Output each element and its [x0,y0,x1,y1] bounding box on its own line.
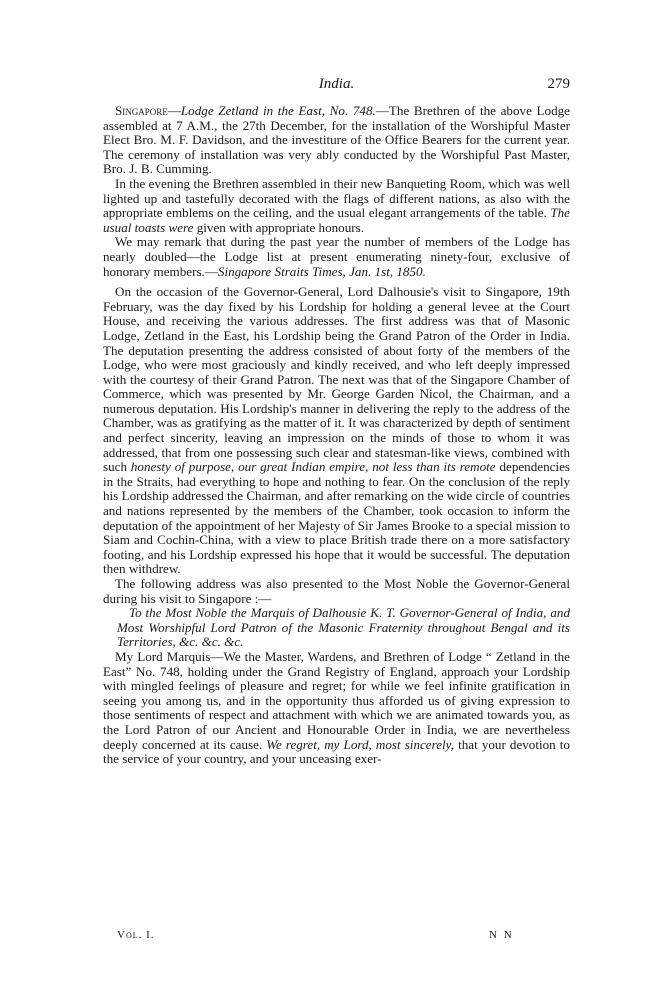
gathering-signature: N N [489,929,514,941]
paragraph-text-tail: given with appropriate honours. [193,220,364,235]
paragraph-membership: We may remark that during the past year … [103,235,570,279]
page-footer: Vol. I. N N [103,929,570,943]
paragraph-text: The following address was also presented… [103,576,570,606]
paragraph-following-address: The following address was also presented… [103,577,570,606]
dash: — [168,103,181,118]
document-page: India. 279 Singapore—Lodge Zetland in th… [0,0,670,1003]
address-heading: To the Most Noble the Marquis of Dalhous… [103,606,570,650]
paragraph-singapore-lodge: Singapore—Lodge Zetland in the East, No.… [103,104,570,177]
running-head-title: India. [103,76,570,93]
italic-phrase: We regret, my Lord, most sincerely, [262,737,454,752]
paragraph-governor-visit: On the occasion of the Governor-General,… [103,285,570,577]
italic-phrase: honesty of purpose, our great Indian emp… [131,459,496,474]
paragraph-text-tail: dependencies in the Straits, had everyth… [103,459,570,576]
page-number: 279 [548,76,571,93]
paragraph-text: On the occasion of the Governor-General,… [103,284,570,474]
letter-paragraph: My Lord Marquis—We the Master, Wardens, … [103,650,570,767]
running-head: India. 279 [103,76,570,94]
body-text: Singapore—Lodge Zetland in the East, No.… [103,104,570,767]
citation: Singapore Straits Times, Jan. 1st, 1850. [218,264,426,279]
paragraph-text: In the evening the Brethren assembled in… [103,176,570,220]
paragraph-evening-banquet: In the evening the Brethren assembled in… [103,177,570,235]
lodge-title: Lodge Zetland in the East, No. 748. [181,103,376,118]
place-name: Singapore [115,103,168,118]
volume-signature: Vol. I. [117,929,155,941]
